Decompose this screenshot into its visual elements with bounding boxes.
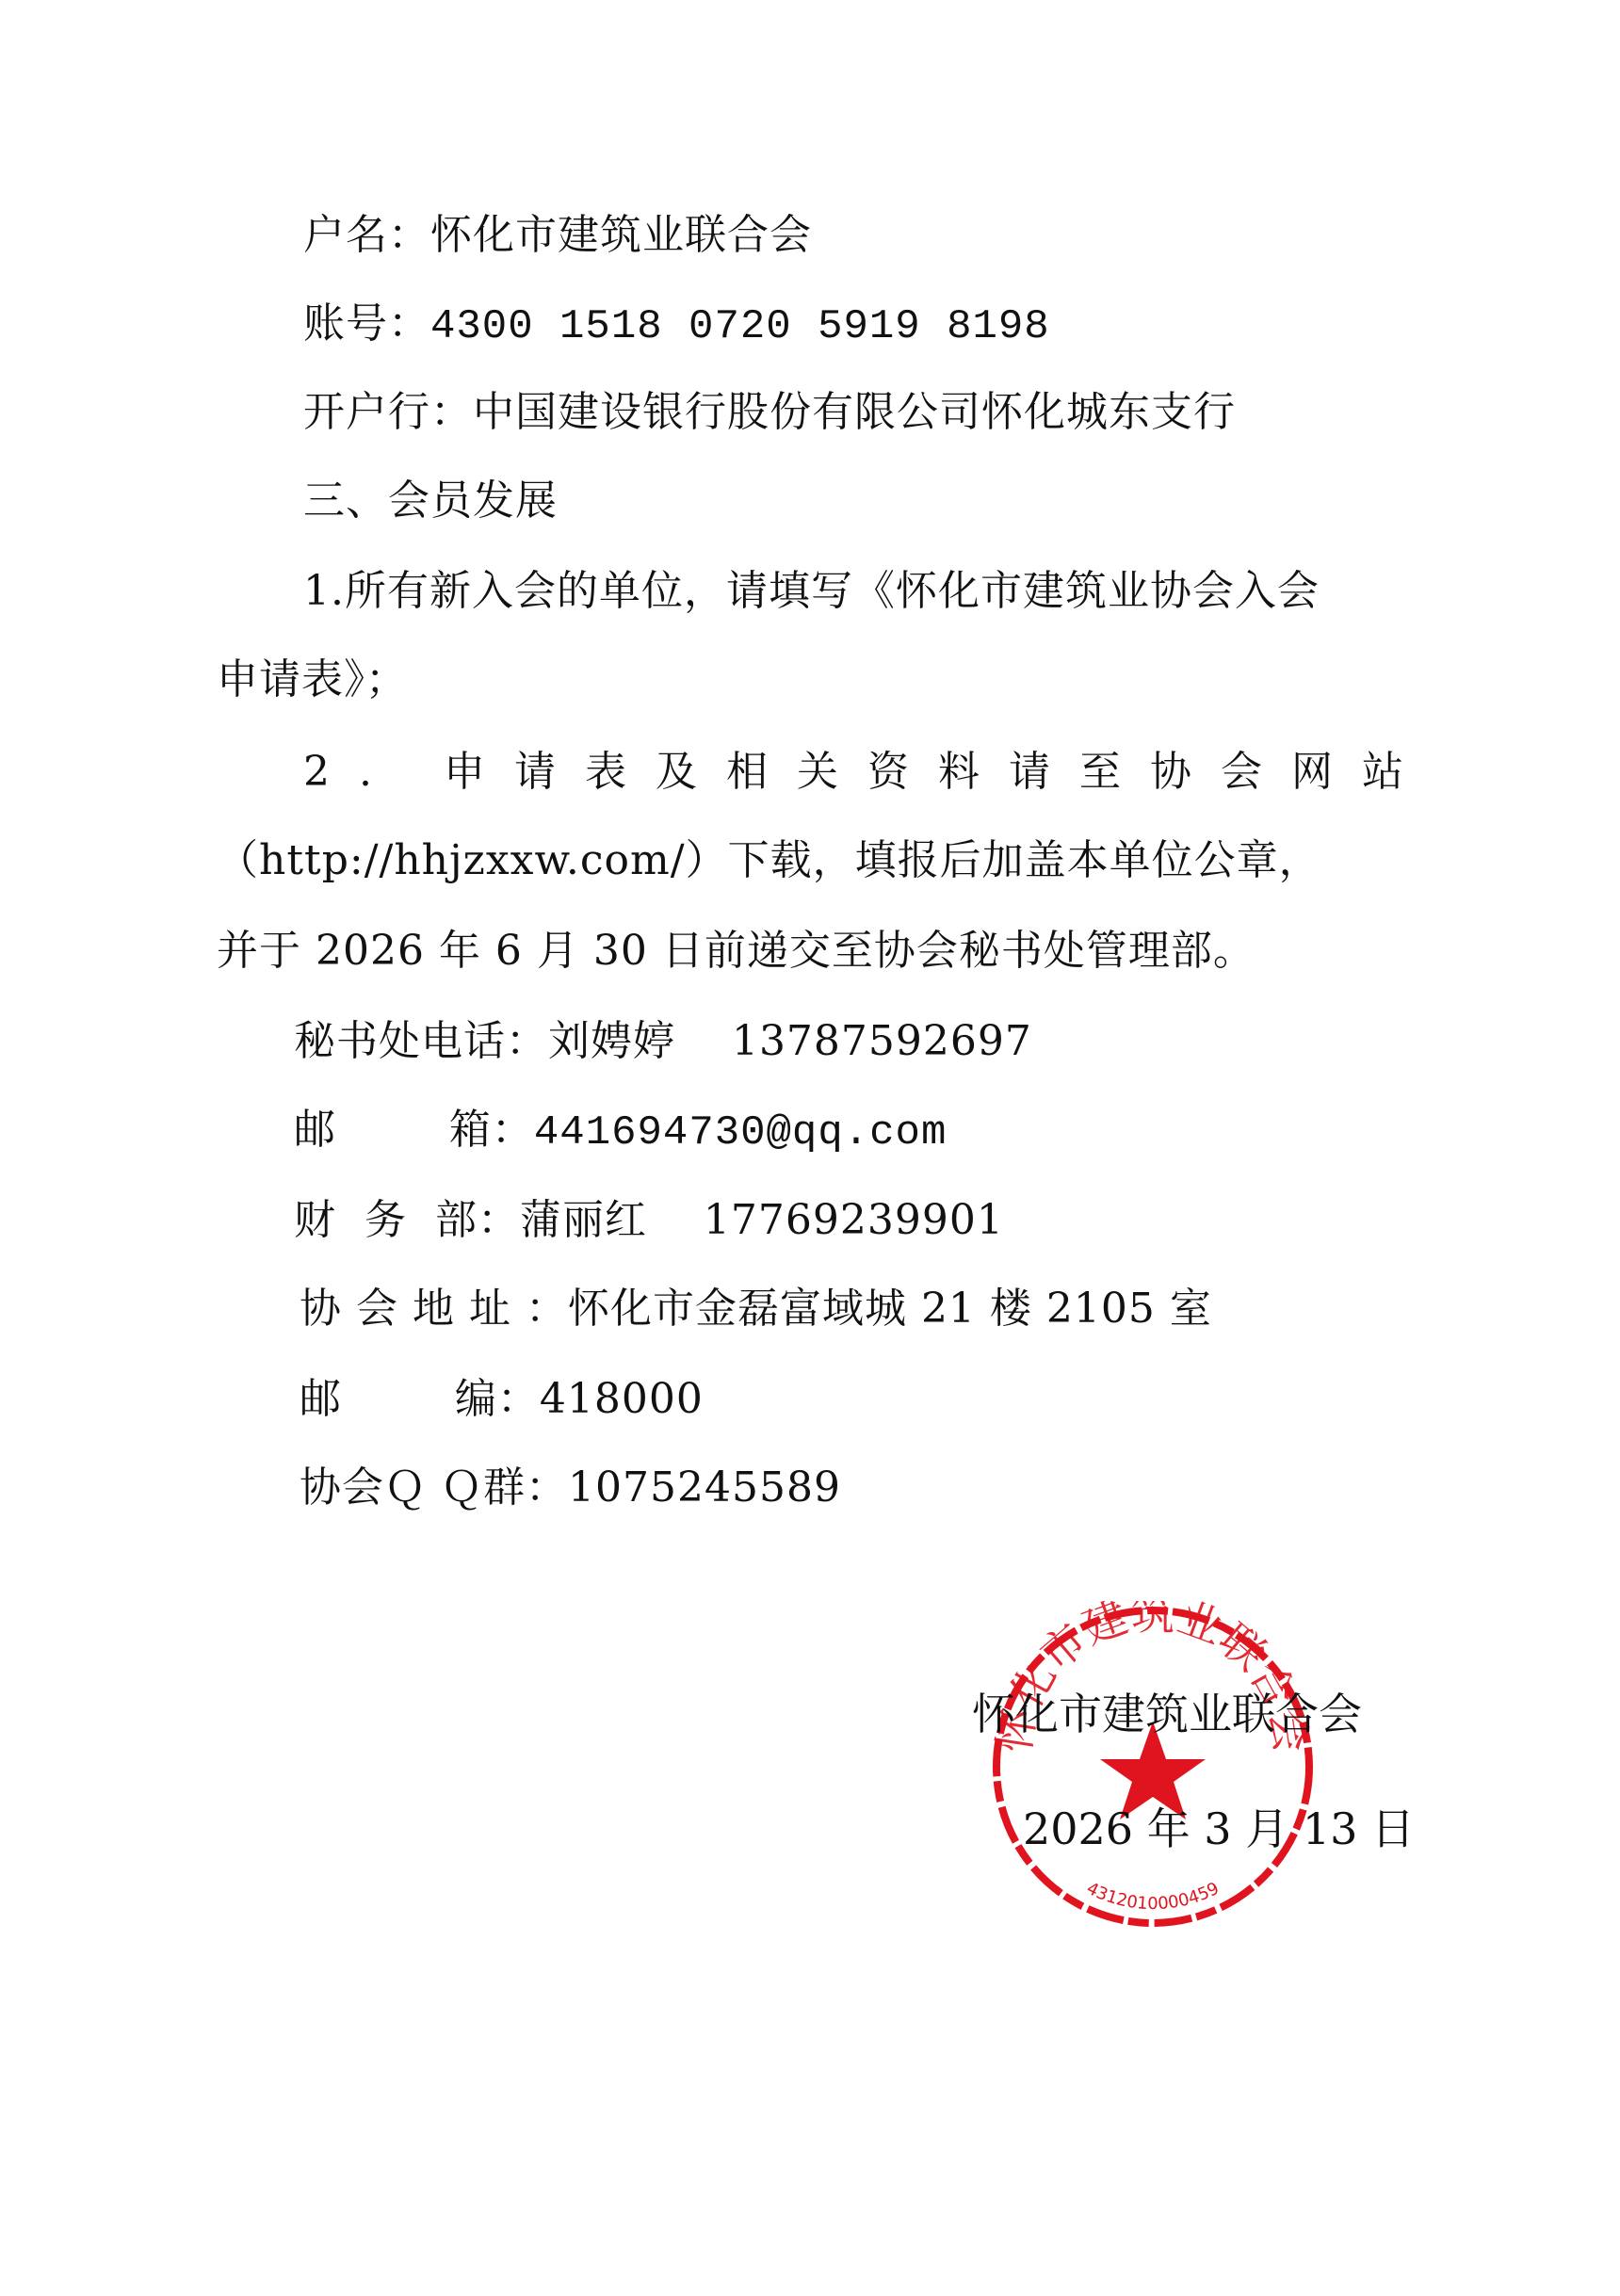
account-number: 4300 1518 0720 5919 8198 [430,303,1050,350]
account-name-label: 户名： [303,211,430,259]
account-number-label: 账号： [303,299,430,348]
contact-label: 邮 编： [300,1375,540,1423]
bank-label: 开户行： [303,388,473,436]
contact-label: 邮 箱： [294,1106,534,1154]
official-seal-icon: 怀化市建筑业联合会 4312010000459 [987,1601,1319,1932]
contact-value: 刘娉婷 13787592697 [548,1017,1032,1065]
contact-postcode: 邮 编：418000 [300,1373,704,1426]
contact-finance: 财 务 部：蒲丽红 17769239901 [294,1194,1004,1247]
contact-value: 441694730@qq.com [534,1109,947,1156]
bank-line: 开户行：中国建设银行股份有限公司怀化城东支行 [303,386,1236,439]
signature-date: 2026 年 3 月 13 日 [1023,1803,1415,1855]
signature-org: 怀化市建筑业联合会 [972,1688,1362,1740]
contact-value: 蒲丽红 17769239901 [520,1196,1004,1244]
svg-text:4312010000459: 4312010000459 [1083,1879,1223,1914]
account-number-line: 账号：4300 1518 0720 5919 8198 [303,298,1050,353]
item2-line2: （http://hhjzxxw.com/）下载，填报后加盖本单位公章， [217,834,1321,887]
contact-secretary: 秘书处电话：刘娉婷 13787592697 [294,1015,1032,1068]
bank-name: 中国建设银行股份有限公司怀化城东支行 [473,388,1236,436]
item2-line3: 并于 2026 年 6 月 30 日前递交至协会秘书处管理部。 [217,925,1255,978]
account-name-line: 户名：怀化市建筑业联合会 [303,209,812,262]
contact-label: 财 务 部： [294,1196,520,1244]
item1-line2: 申请表》； [217,654,408,706]
contact-label: 协 会 地 址 ： [300,1285,568,1333]
contact-qq: 协会Ｑ Ｑ群：1075245589 [300,1462,841,1514]
contact-value: 怀化市金磊富域城 21 楼 2105 室 [568,1285,1212,1333]
contact-address: 协 会 地 址 ：怀化市金磊富域城 21 楼 2105 室 [300,1283,1212,1335]
account-name: 怀化市建筑业联合会 [430,211,812,259]
item2-line1: 2. 申请表及相关资料请至协会网站 [303,746,1433,799]
contact-value: 418000 [540,1375,704,1423]
section-heading: 三、会员发展 [303,475,558,527]
item1-line1: 1.所有新入会的单位，请填写《怀化市建筑业协会入会 [303,565,1320,618]
contact-label: 协会Ｑ Ｑ群： [300,1463,568,1512]
contact-label: 秘书处电话： [294,1017,548,1065]
contact-value: 1075245589 [568,1463,841,1512]
contact-email: 邮 箱：441694730@qq.com [294,1104,947,1159]
